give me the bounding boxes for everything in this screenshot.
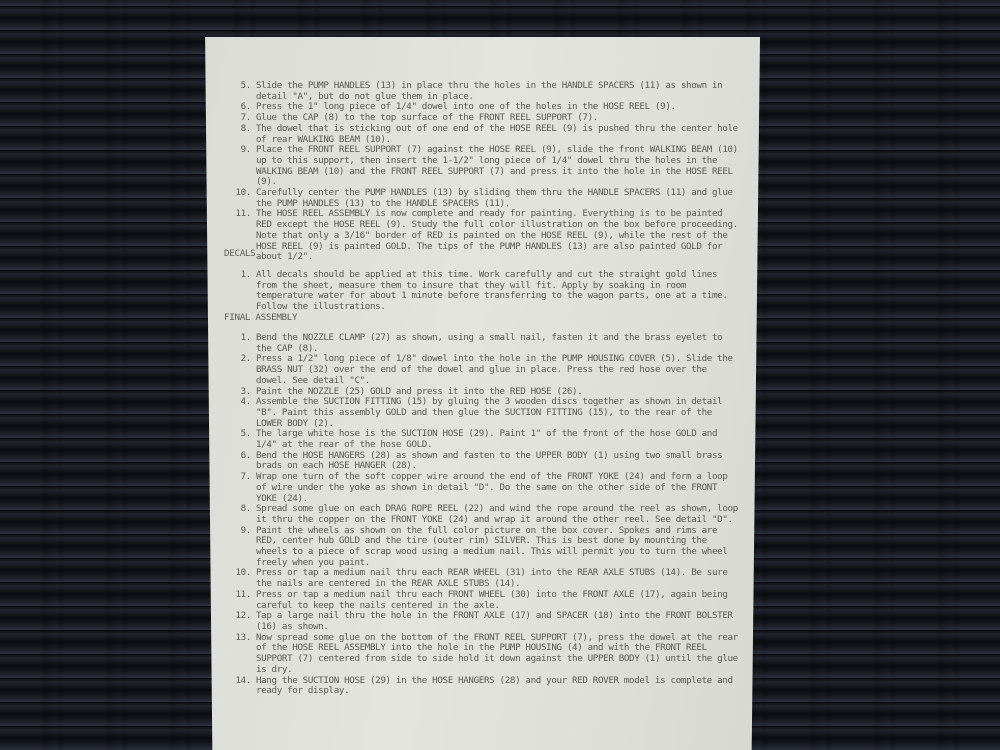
step-text: Press a 1/2" long piece of 1/8" dowel in…	[256, 354, 740, 386]
step-number: 9.	[232, 145, 256, 188]
step-text: Hang the SUCTION HOSE (29) in the HOSE H…	[256, 676, 740, 697]
step-number: 9.	[232, 526, 256, 569]
instruction-step: 4.Assemble the SUCTION FITTING (15) by g…	[232, 397, 740, 429]
step-number: 4.	[232, 397, 256, 429]
step-number: 1.	[232, 270, 256, 313]
step-text: Slide the PUMP HANDLES (13) in place thr…	[256, 81, 740, 102]
step-text: Tap a large nail thru the hole in the FR…	[256, 611, 740, 632]
step-number: 5.	[232, 81, 256, 102]
instruction-step: 1.All decals should be applied at this t…	[232, 270, 740, 313]
step-number: 14.	[232, 676, 256, 697]
instruction-step: 1.Bend the NOZZLE CLAMP (27) as shown, u…	[232, 333, 740, 354]
step-number: 2.	[232, 354, 256, 386]
step-text: The large white hose is the SUCTION HOSE…	[256, 429, 740, 450]
step-number: 1.	[232, 333, 256, 354]
instruction-step: 6.Bend the HOSE HANGERS (28) as shown an…	[232, 451, 740, 472]
step-number: 7.	[232, 472, 256, 504]
instruction-step: 9.Place the FRONT REEL SUPPORT (7) again…	[232, 145, 740, 188]
instruction-step: 13.Now spread some glue on the bottom of…	[232, 633, 740, 676]
step-number: 8.	[232, 504, 256, 525]
step-text: The HOSE REEL ASSEMBLY is now complete a…	[256, 209, 740, 263]
step-text: Paint the wheels as shown on the full co…	[256, 526, 740, 569]
step-number: 11.	[232, 590, 256, 611]
step-number: 10.	[232, 568, 256, 589]
step-text: Bend the NOZZLE CLAMP (27) as shown, usi…	[256, 333, 740, 354]
step-number: 5.	[232, 429, 256, 450]
instruction-step: 12.Tap a large nail thru the hole in the…	[232, 611, 740, 632]
instruction-step: 11.The HOSE REEL ASSEMBLY is now complet…	[232, 209, 740, 263]
step-number: 12.	[232, 611, 256, 632]
instruction-step: 11.Press or tap a medium nail thru each …	[232, 590, 740, 611]
instruction-sheet: 5.Slide the PUMP HANDLES (13) in place t…	[204, 37, 760, 750]
instruction-step: 8.Spread some glue on each DRAG ROPE REE…	[232, 504, 740, 525]
step-text: Assemble the SUCTION FITTING (15) by glu…	[256, 397, 740, 429]
instruction-step: 14.Hang the SUCTION HOSE (29) in the HOS…	[232, 676, 740, 697]
step-text: The dowel that is sticking out of one en…	[256, 124, 740, 145]
step-text: All decals should be applied at this tim…	[256, 270, 740, 313]
final-assembly-steps: 1.Bend the NOZZLE CLAMP (27) as shown, u…	[232, 333, 740, 697]
section-title-final-assembly: FINAL ASSEMBLY	[224, 312, 297, 323]
instruction-step: 8.The dowel that is sticking out of one …	[232, 124, 740, 145]
instruction-step: 9.Paint the wheels as shown on the full …	[232, 526, 740, 569]
step-text: Carefully center the PUMP HANDLES (13) b…	[256, 188, 740, 209]
step-number: 6.	[232, 451, 256, 472]
section-title-decals: DECALS	[224, 248, 255, 259]
step-number: 8.	[232, 124, 256, 145]
step-number: 10.	[232, 188, 256, 209]
step-text: Press or tap a medium nail thru each REA…	[256, 568, 740, 589]
step-text: Wrap one turn of the soft copper wire ar…	[256, 472, 740, 504]
instruction-step: 2.Press a 1/2" long piece of 1/8" dowel …	[232, 354, 740, 386]
decals-steps: 1.All decals should be applied at this t…	[232, 270, 740, 313]
step-text: Bend the HOSE HANGERS (28) as shown and …	[256, 451, 740, 472]
instruction-step: 7.Wrap one turn of the soft copper wire …	[232, 472, 740, 504]
step-text: Place the FRONT REEL SUPPORT (7) against…	[256, 145, 740, 188]
instruction-step: 5.The large white hose is the SUCTION HO…	[232, 429, 740, 450]
instruction-step: 5.Slide the PUMP HANDLES (13) in place t…	[232, 81, 740, 102]
instruction-step: 10.Press or tap a medium nail thru each …	[232, 568, 740, 589]
step-text: Press or tap a medium nail thru each FRO…	[256, 590, 740, 611]
hose-reel-steps: 5.Slide the PUMP HANDLES (13) in place t…	[232, 81, 740, 263]
step-number: 13.	[232, 633, 256, 676]
step-text: Now spread some glue on the bottom of th…	[256, 633, 740, 676]
step-text: Spread some glue on each DRAG ROPE REEL …	[256, 504, 740, 525]
instruction-step: 10.Carefully center the PUMP HANDLES (13…	[232, 188, 740, 209]
